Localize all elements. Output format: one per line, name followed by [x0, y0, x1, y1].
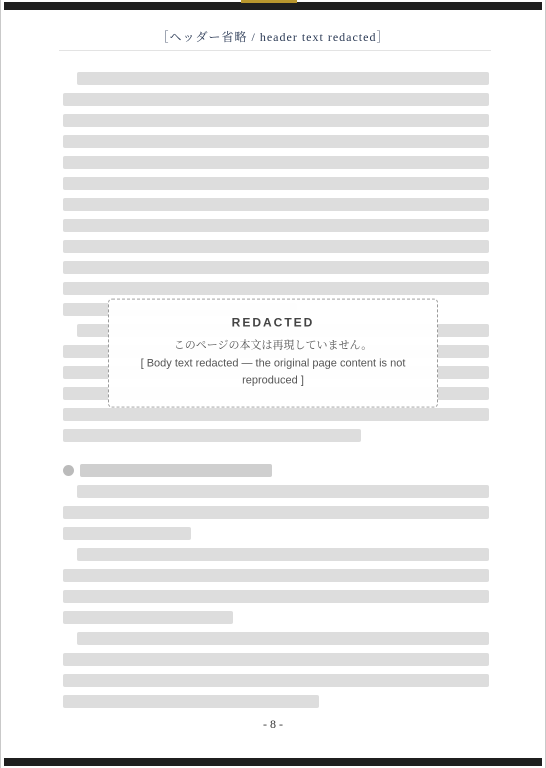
redacted-text-line — [63, 177, 489, 190]
document-page: ［ヘッダー省略 / header text redacted］ — [0, 0, 546, 768]
redacted-text-line — [63, 674, 489, 687]
redacted-text-line — [63, 527, 191, 540]
redacted-text-line — [63, 611, 233, 624]
redacted-text-line — [63, 506, 489, 519]
top-accent-strip — [241, 0, 297, 3]
paragraph-gap — [63, 450, 489, 464]
page-number: - 8 - — [1, 717, 545, 732]
redacted-text-line — [63, 590, 489, 603]
section-heading-line — [63, 464, 489, 477]
redacted-text-line — [63, 569, 489, 582]
redaction-notice-line-1: このページの本文は再現していません。 — [127, 338, 419, 356]
redacted-text-line — [63, 93, 489, 106]
redacted-text-line — [63, 261, 489, 274]
redacted-text-line — [63, 156, 489, 169]
redacted-text-line — [63, 695, 319, 708]
redacted-text-line — [63, 429, 361, 442]
redacted-text-line — [77, 548, 489, 561]
redacted-text-line — [63, 653, 489, 666]
redacted-text-line — [77, 72, 489, 85]
redacted-text-line — [77, 485, 489, 498]
redacted-text-line — [63, 282, 489, 295]
redacted-text-line — [63, 198, 489, 211]
bullet-icon — [63, 465, 74, 476]
top-border-bar — [4, 2, 542, 10]
redaction-notice: REDACTED このページの本文は再現していません。 [ Body text … — [108, 299, 438, 408]
bottom-border-bar — [4, 758, 542, 766]
redacted-text-line — [63, 240, 489, 253]
running-header: ［ヘッダー省略 / header text redacted］ — [41, 28, 505, 45]
redacted-text-line — [63, 114, 489, 127]
redaction-notice-heading: REDACTED — [127, 316, 419, 330]
header-divider — [59, 50, 491, 51]
redacted-text-line — [77, 632, 489, 645]
redacted-text-line — [63, 135, 489, 148]
redacted-heading — [80, 464, 272, 477]
redacted-text-line — [63, 219, 489, 232]
redacted-text-line — [63, 408, 489, 421]
redaction-notice-line-2: [ Body text redacted — the original page… — [127, 355, 419, 390]
